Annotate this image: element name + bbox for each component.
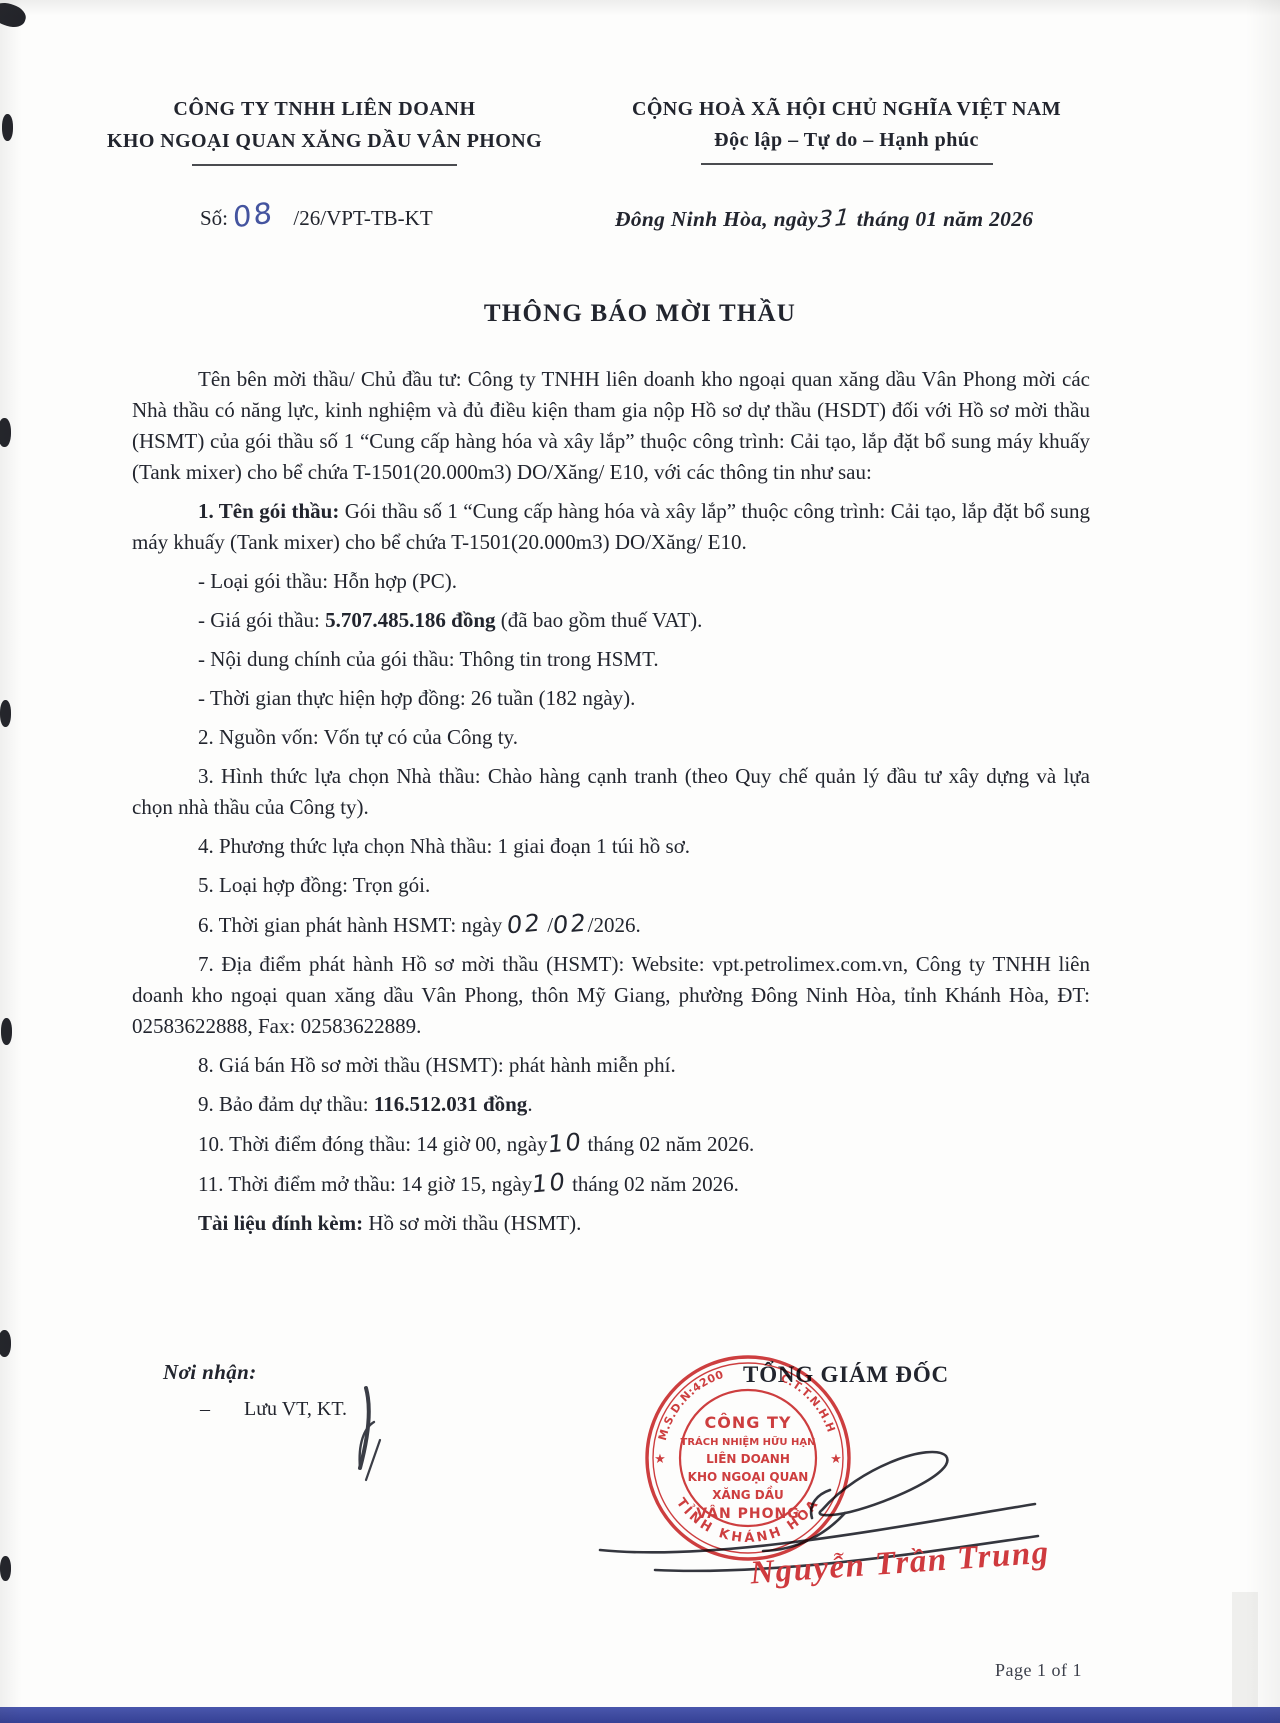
dateline-day-handwritten: 31 bbox=[817, 205, 852, 234]
issuer-block: CÔNG TY TNHH LIÊN DOANH KHO NGOẠI QUAN X… bbox=[72, 98, 577, 166]
scan-bottom-blue-bar bbox=[0, 1707, 1280, 1723]
dash-contract-duration: - Thời gian thực hiện hợp đồng: 26 tuần … bbox=[132, 683, 1090, 714]
recipients-item: –Lưu VT, KT. bbox=[200, 1398, 347, 1421]
dash-package-price: - Giá gói thầu: 5.707.485.186 đồng (đã b… bbox=[132, 605, 1090, 636]
item-1-label: 1. Tên gói thầu: bbox=[198, 499, 339, 523]
item-1-package-name: 1. Tên gói thầu: Gói thầu số 1 “Cung cấp… bbox=[132, 496, 1090, 558]
attachment-line: Tài liệu đính kèm: Hồ sơ mời thầu (HSMT)… bbox=[132, 1208, 1090, 1239]
item-9-bid-security: 9. Bảo đảm dự thầu: 116.512.031 đồng. bbox=[132, 1089, 1090, 1120]
recipients-dash: – bbox=[200, 1398, 210, 1420]
doc-meta-row: Số: 08 /26/VPT-TB-KT Đông Ninh Hòa, ngày… bbox=[0, 192, 1280, 256]
item-11-prefix: 11. Thời điểm mở thầu: 14 giờ 15, ngày bbox=[198, 1172, 532, 1196]
item-10-prefix: 10. Thời điểm đóng thầu: 14 giờ 00, ngày bbox=[198, 1132, 548, 1156]
national-motto-block: CỘNG HOÀ XÃ HỘI CHỦ NGHĨA VIỆT NAM Độc l… bbox=[599, 98, 1094, 166]
price-prefix: - Giá gói thầu: bbox=[198, 608, 325, 632]
item-4-selection-method: 4. Phương thức lựa chọn Nhà thầu: 1 giai… bbox=[132, 831, 1090, 862]
scanned-document-page: CÔNG TY TNHH LIÊN DOANH KHO NGOẠI QUAN X… bbox=[0, 0, 1280, 1723]
item-10-closing-time: 10. Thời điểm đóng thầu: 14 giờ 00, ngày… bbox=[132, 1128, 1090, 1160]
motto-underline bbox=[701, 163, 993, 165]
doc-number-suffix: /26/VPT-TB-KT bbox=[293, 206, 432, 230]
price-suffix: (đã bao gồm thuế VAT). bbox=[496, 608, 703, 632]
item-6-suffix: /2026. bbox=[588, 913, 641, 937]
item-6-issuance-time: 6. Thời gian phát hành HSMT: ngày 02 /02… bbox=[132, 909, 1090, 941]
item-10-day-handwritten: 10 bbox=[546, 1127, 583, 1161]
item-7-issuance-location: 7. Địa điểm phát hành Hồ sơ mời thầu (HS… bbox=[132, 949, 1090, 1042]
national-motto: Độc lập – Tự do – Hạnh phúc bbox=[599, 129, 1094, 152]
issuer-name-line1: CÔNG TY TNHH LIÊN DOANH bbox=[72, 98, 577, 121]
item-6-month-handwritten: 02 bbox=[552, 908, 589, 942]
national-title: CỘNG HOÀ XÃ HỘI CHỦ NGHĨA VIỆT NAM bbox=[599, 98, 1094, 121]
scan-artifact bbox=[0, 418, 11, 447]
intro-paragraph: Tên bên mời thầu/ Chủ đầu tư: Công ty TN… bbox=[132, 364, 1090, 488]
doc-number-label: Số: bbox=[200, 206, 228, 230]
item-8-document-price: 8. Giá bán Hồ sơ mời thầu (HSMT): phát h… bbox=[132, 1050, 1090, 1081]
attachment-label: Tài liệu đính kèm: bbox=[198, 1211, 363, 1235]
item-11-suffix: tháng 02 năm 2026. bbox=[567, 1172, 739, 1196]
item-2-funding: 2. Nguồn vốn: Vốn tự có của Công ty. bbox=[132, 722, 1090, 753]
dash-package-type: - Loại gói thầu: Hỗn hợp (PC). bbox=[132, 566, 1090, 597]
item-6-day-handwritten: 02 bbox=[506, 908, 543, 942]
place-date-line: Đông Ninh Hòa, ngày31 tháng 01 năm 2026 bbox=[615, 206, 1033, 232]
item-9-suffix: . bbox=[527, 1092, 532, 1116]
dateline-prefix: Đông Ninh Hòa, ngày bbox=[615, 207, 818, 231]
price-value: 5.707.485.186 đồng bbox=[325, 608, 495, 632]
dash-main-content: - Nội dung chính của gói thầu: Thông tin… bbox=[132, 644, 1090, 675]
attachment-text: Hồ sơ mời thầu (HSMT). bbox=[363, 1211, 581, 1235]
scan-shadow-band bbox=[1232, 1592, 1258, 1708]
issuer-name-line2: KHO NGOẠI QUAN XĂNG DẦU VÂN PHONG bbox=[72, 130, 577, 153]
scan-artifact bbox=[0, 1556, 11, 1581]
doc-number: Số: 08 /26/VPT-TB-KT bbox=[200, 198, 433, 232]
document-header: CÔNG TY TNHH LIÊN DOANH KHO NGOẠI QUAN X… bbox=[0, 0, 1280, 166]
item-5-contract-type: 5. Loại hợp đồng: Trọn gói. bbox=[132, 870, 1090, 901]
scan-artifact bbox=[0, 700, 11, 727]
issuer-underline bbox=[192, 164, 457, 166]
scan-artifact bbox=[0, 1330, 11, 1357]
item-6-prefix: 6. Thời gian phát hành HSMT: ngày bbox=[198, 913, 507, 937]
document-title: THÔNG BÁO MỜI THẦU bbox=[0, 300, 1280, 328]
scan-artifact bbox=[1, 1018, 12, 1045]
item-9-amount: 116.512.031 đồng bbox=[374, 1092, 527, 1116]
item-11-day-handwritten: 10 bbox=[531, 1167, 568, 1201]
dateline-suffix: tháng 01 năm 2026 bbox=[851, 207, 1033, 231]
doc-number-handwritten: 08 bbox=[233, 196, 275, 235]
item-3-selection-form: 3. Hình thức lựa chọn Nhà thầu: Chào hàn… bbox=[132, 761, 1090, 823]
document-body: Tên bên mời thầu/ Chủ đầu tư: Công ty TN… bbox=[132, 364, 1090, 1239]
item-9-prefix: 9. Bảo đảm dự thầu: bbox=[198, 1092, 374, 1116]
item-11-opening-time: 11. Thời điểm mở thầu: 14 giờ 15, ngày10… bbox=[132, 1168, 1090, 1200]
recipients-title: Nơi nhận: bbox=[163, 1360, 257, 1385]
handwritten-initial-mark bbox=[336, 1382, 392, 1486]
scan-artifact bbox=[2, 114, 13, 141]
item-10-suffix: tháng 02 năm 2026. bbox=[582, 1132, 754, 1156]
recipients-item-text: Lưu VT, KT. bbox=[244, 1398, 347, 1420]
page-number: Page 1 of 1 bbox=[995, 1660, 1082, 1681]
